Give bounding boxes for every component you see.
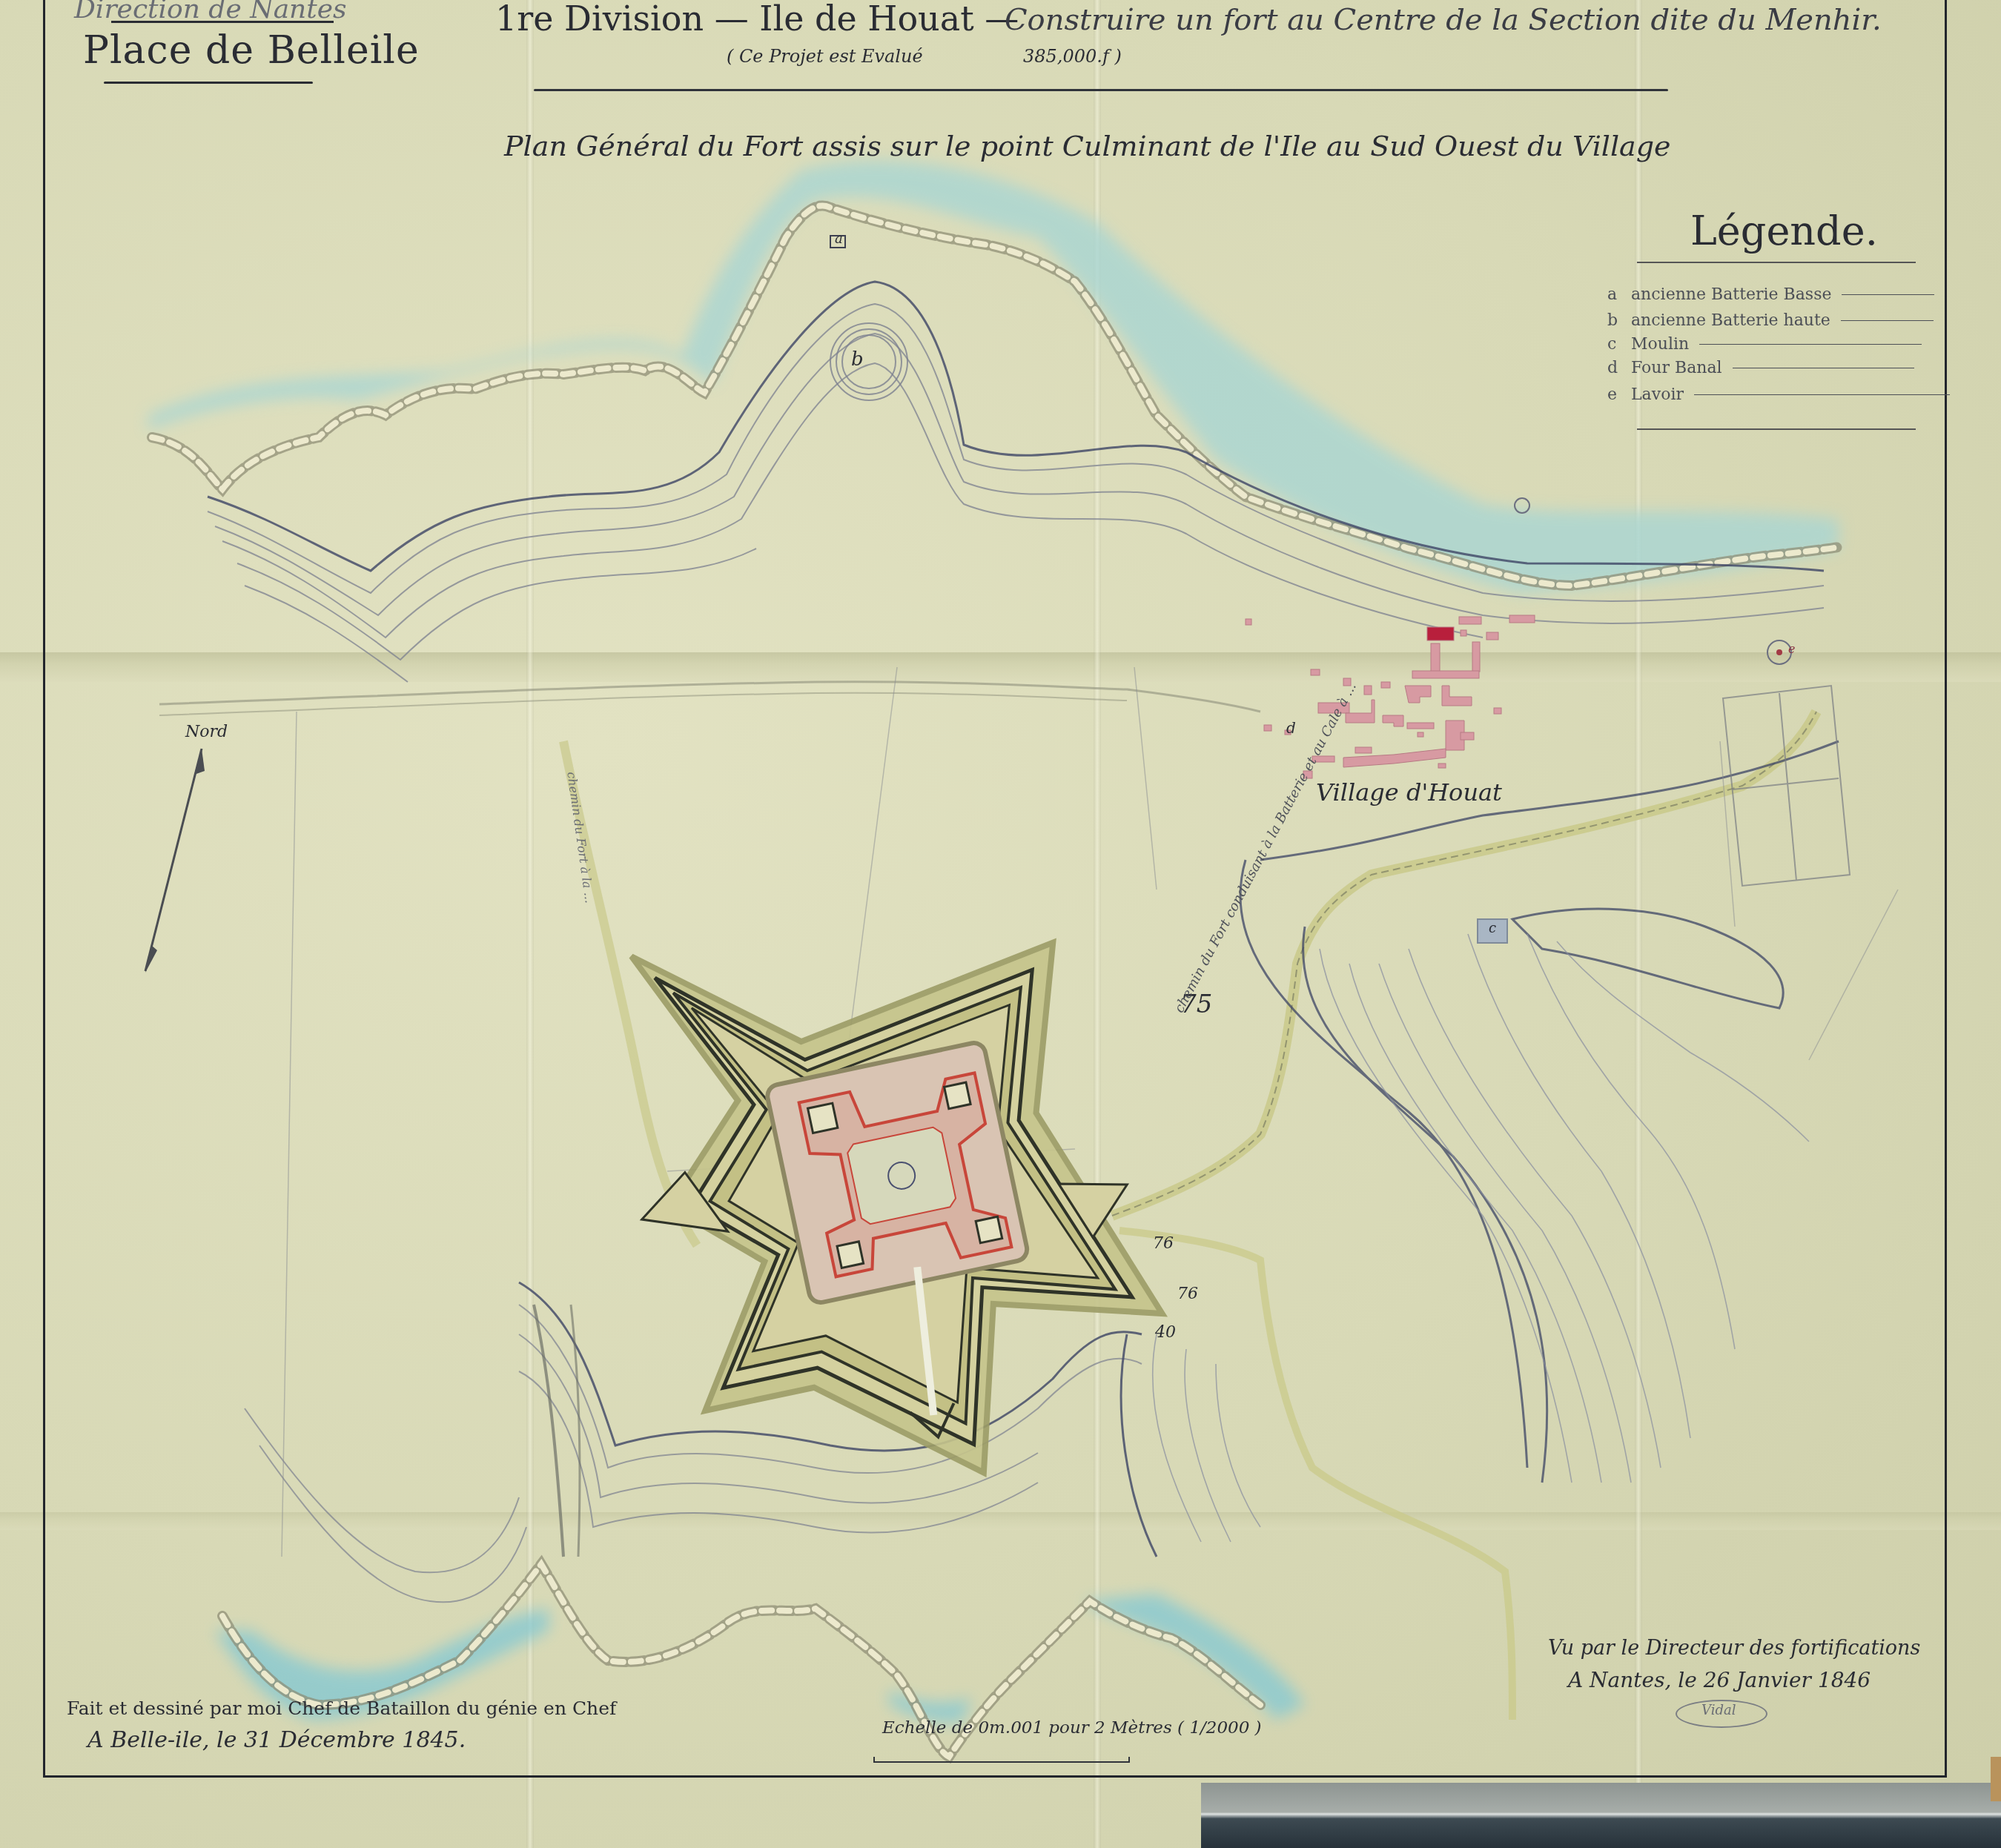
inlet-south-west <box>534 1305 563 1557</box>
legend-item-a: a ancienne Batterie Basse <box>1607 285 1934 304</box>
sea-wash-north <box>148 161 1839 593</box>
legend-item-c: c Moulin <box>1607 335 1922 354</box>
legend-key: d <box>1607 359 1631 377</box>
plan-title: Plan Général du Fort assis sur le point … <box>504 130 1671 162</box>
village-label: Village d'Houat <box>1316 778 1502 807</box>
village-buildings <box>1246 615 1535 778</box>
made-by-text: Fait et dessiné par moi Chef de Bataillo… <box>67 1698 616 1719</box>
legend-label: Moulin <box>1631 335 1689 354</box>
marker-c: c <box>1489 921 1496 936</box>
legend-label: ancienne Batterie Basse <box>1631 285 1831 304</box>
made-place-date: A Belle-ile, le 31 Décembre 1845. <box>87 1727 466 1753</box>
scale-bar <box>873 1757 1130 1763</box>
legend-title-underline <box>1637 262 1916 263</box>
marker-b: b <box>851 348 864 371</box>
map-drawing <box>0 0 2001 1848</box>
spot-height-76: 76 <box>1153 1234 1174 1253</box>
legend-label: ancienne Batterie haute <box>1631 311 1830 330</box>
spot-height-40: 40 <box>1155 1323 1176 1342</box>
legend-item-e: e Lavoir <box>1607 385 1950 404</box>
legend-title: Légende. <box>1690 208 1878 254</box>
legend-item-d: d Four Banal <box>1607 359 1914 377</box>
legend-item-b: b ancienne Batterie haute <box>1607 311 1934 330</box>
division-title: 1re Division — Ile de Houat — <box>495 0 1019 39</box>
legend-label: Four Banal <box>1631 359 1722 377</box>
place-title: Place de Belleile <box>83 28 420 73</box>
survey-lines <box>282 667 1898 1557</box>
estimate-text: ( Ce Projet est Evalué <box>727 46 923 67</box>
marker-e: e <box>1788 642 1795 656</box>
place-title-underline <box>111 21 334 23</box>
marker-d: d <box>1286 719 1296 737</box>
hill-b <box>830 323 907 400</box>
seen-place-date: A Nantes, le 26 Janvier 1846 <box>1568 1668 1871 1692</box>
legend-label: Lavoir <box>1631 385 1684 404</box>
spot-height-76b: 76 <box>1177 1285 1198 1303</box>
seal-text: Vidal <box>1701 1703 1736 1718</box>
road-north <box>159 682 1260 712</box>
frame-edge <box>1991 1757 2001 1801</box>
fort-star <box>588 864 1187 1531</box>
header-divider <box>534 89 1668 91</box>
display-shelf <box>1201 1783 2001 1848</box>
project-title: Construire un fort au Centre de la Secti… <box>1005 3 1882 37</box>
north-arrow-icon <box>145 749 205 973</box>
contour-east <box>1240 741 1839 1483</box>
legend-bottom-rule <box>1637 428 1916 430</box>
legend-key: a <box>1607 285 1631 304</box>
marker-a: a <box>835 231 843 247</box>
legend-key: b <box>1607 311 1631 330</box>
legend-key: c <box>1607 335 1631 354</box>
seen-by-text: Vu par le Directeur des fortifications <box>1548 1637 1920 1660</box>
estimate-value: 385,000.f ) <box>1023 46 1122 67</box>
contour-lines <box>208 304 1824 682</box>
contour-south <box>245 1305 1142 1602</box>
legend-key: e <box>1607 385 1631 404</box>
scale-label: Echelle de 0m.001 pour 2 Mètres ( 1/2000… <box>882 1718 1262 1738</box>
north-label: Nord <box>185 723 228 741</box>
contour-east-thin <box>1153 934 1809 1542</box>
